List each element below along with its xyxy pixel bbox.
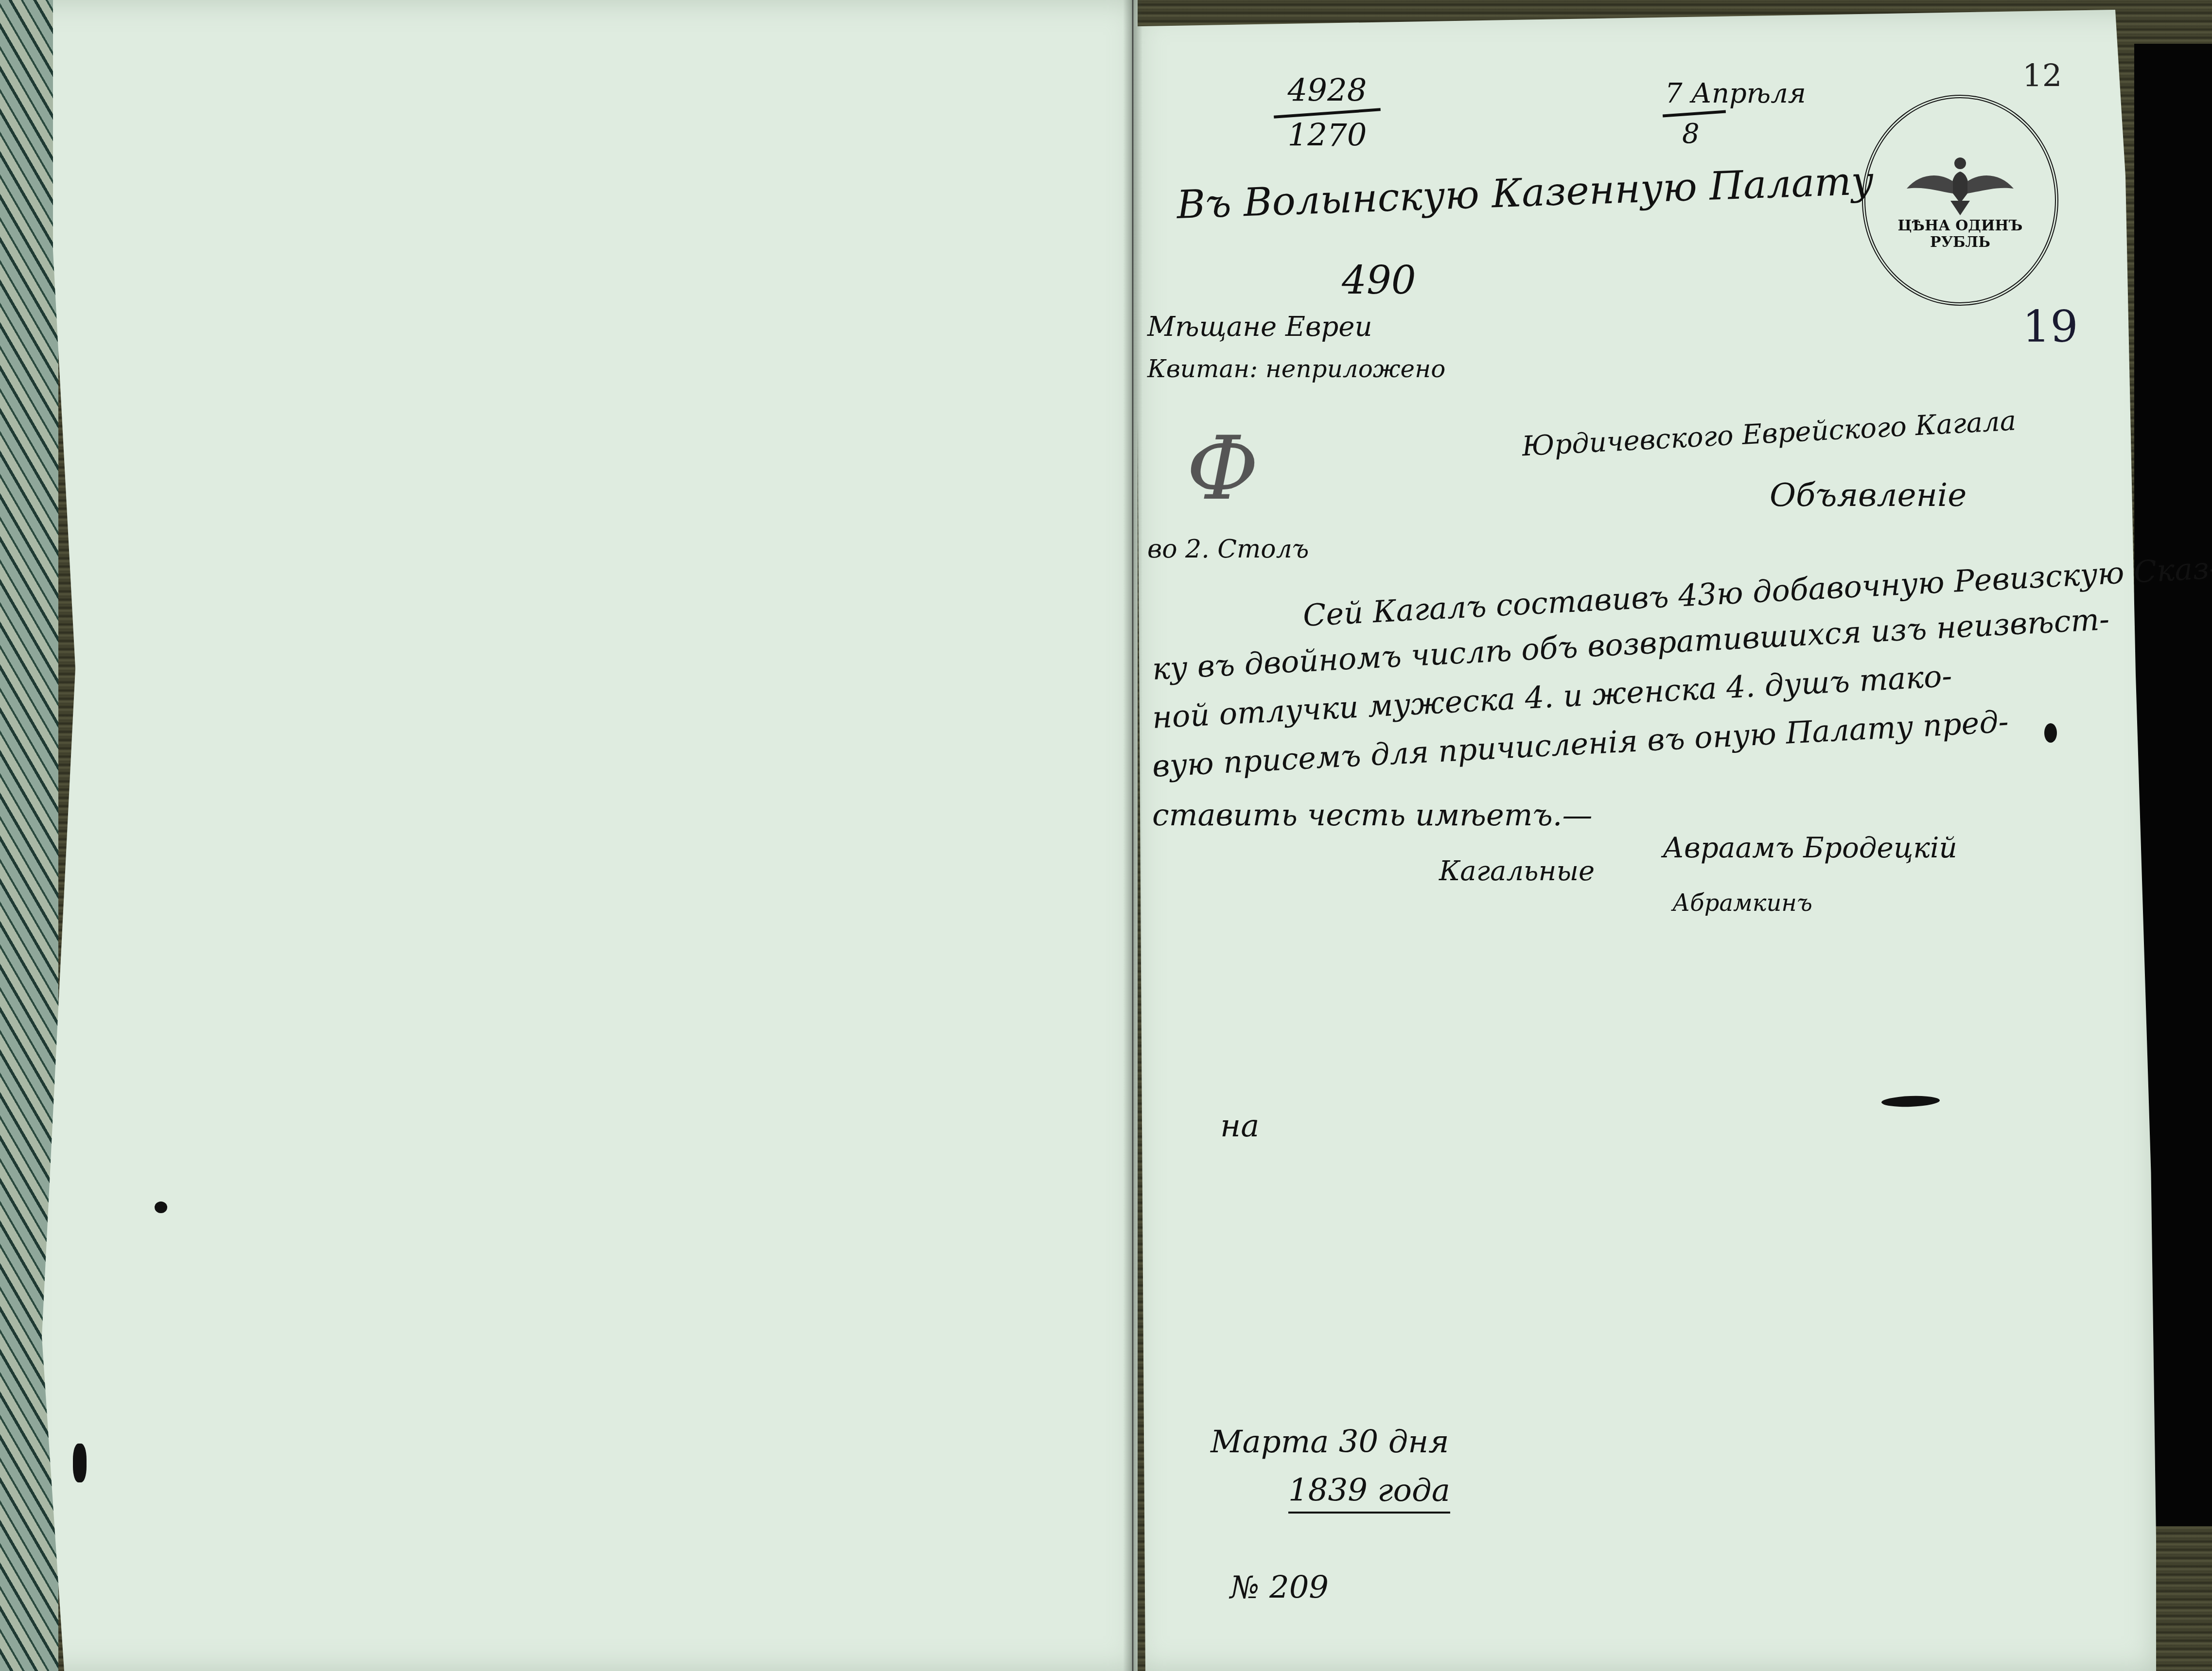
registry-numerator: 4928 xyxy=(1274,73,1381,109)
ink-spot xyxy=(155,1201,167,1213)
margin-note-line1: Мѣщане Евреи xyxy=(1147,311,1372,343)
ink-spot xyxy=(73,1444,87,1482)
ink-spot xyxy=(2044,723,2057,743)
signature-label: Кагальные xyxy=(1439,855,1595,887)
registry-number-fraction: 4928 1270 xyxy=(1274,73,1381,154)
registry-denominator: 1270 xyxy=(1274,118,1381,154)
double-headed-eagle-icon xyxy=(1904,155,2016,218)
margin-note-line2: Квитан: неприложено xyxy=(1147,355,1445,383)
document-heading: Объявленіе xyxy=(1770,476,1966,514)
receipt-date-fraction: 7 Апрѣля 8 xyxy=(1663,78,1808,150)
left-page-blank xyxy=(19,0,1138,1671)
annotation-na: на xyxy=(1220,1108,1259,1144)
tax-stamp: ЦѢНА ОДИНЪ РУБЛЬ xyxy=(1862,95,2058,306)
folio-number-below-stamp: 19 xyxy=(2022,301,2078,352)
closing-date-line1: Марта 30 дня xyxy=(1211,1424,1449,1460)
fraction-bar xyxy=(1663,110,1726,117)
signature-line1: Авраамъ Бродецкiй xyxy=(1663,831,1957,864)
book-gutter xyxy=(1123,0,1142,1671)
margin-note-line3: во 2. Столъ xyxy=(1147,535,1309,564)
signature-line2: Абрамкинъ xyxy=(1672,889,1812,917)
margin-monogram: Ф xyxy=(1186,418,1259,520)
body-line: ставить честь имѣетъ.— xyxy=(1152,797,1593,833)
fraction-bar xyxy=(1274,108,1381,118)
margin-number: 490 xyxy=(1342,258,1416,303)
closing-number: № 209 xyxy=(1230,1570,1329,1606)
closing-date-line2: 1839 года xyxy=(1288,1473,1450,1514)
receipt-date-sub: 8 xyxy=(1663,118,1808,150)
folio-number-top: 12 xyxy=(2022,58,2062,94)
receipt-date: 7 Апрѣля xyxy=(1663,78,1808,109)
stamp-price-line2: РУБЛЬ xyxy=(1930,234,1990,251)
stamp-price-line1: ЦѢНА ОДИНЪ xyxy=(1898,218,2023,235)
